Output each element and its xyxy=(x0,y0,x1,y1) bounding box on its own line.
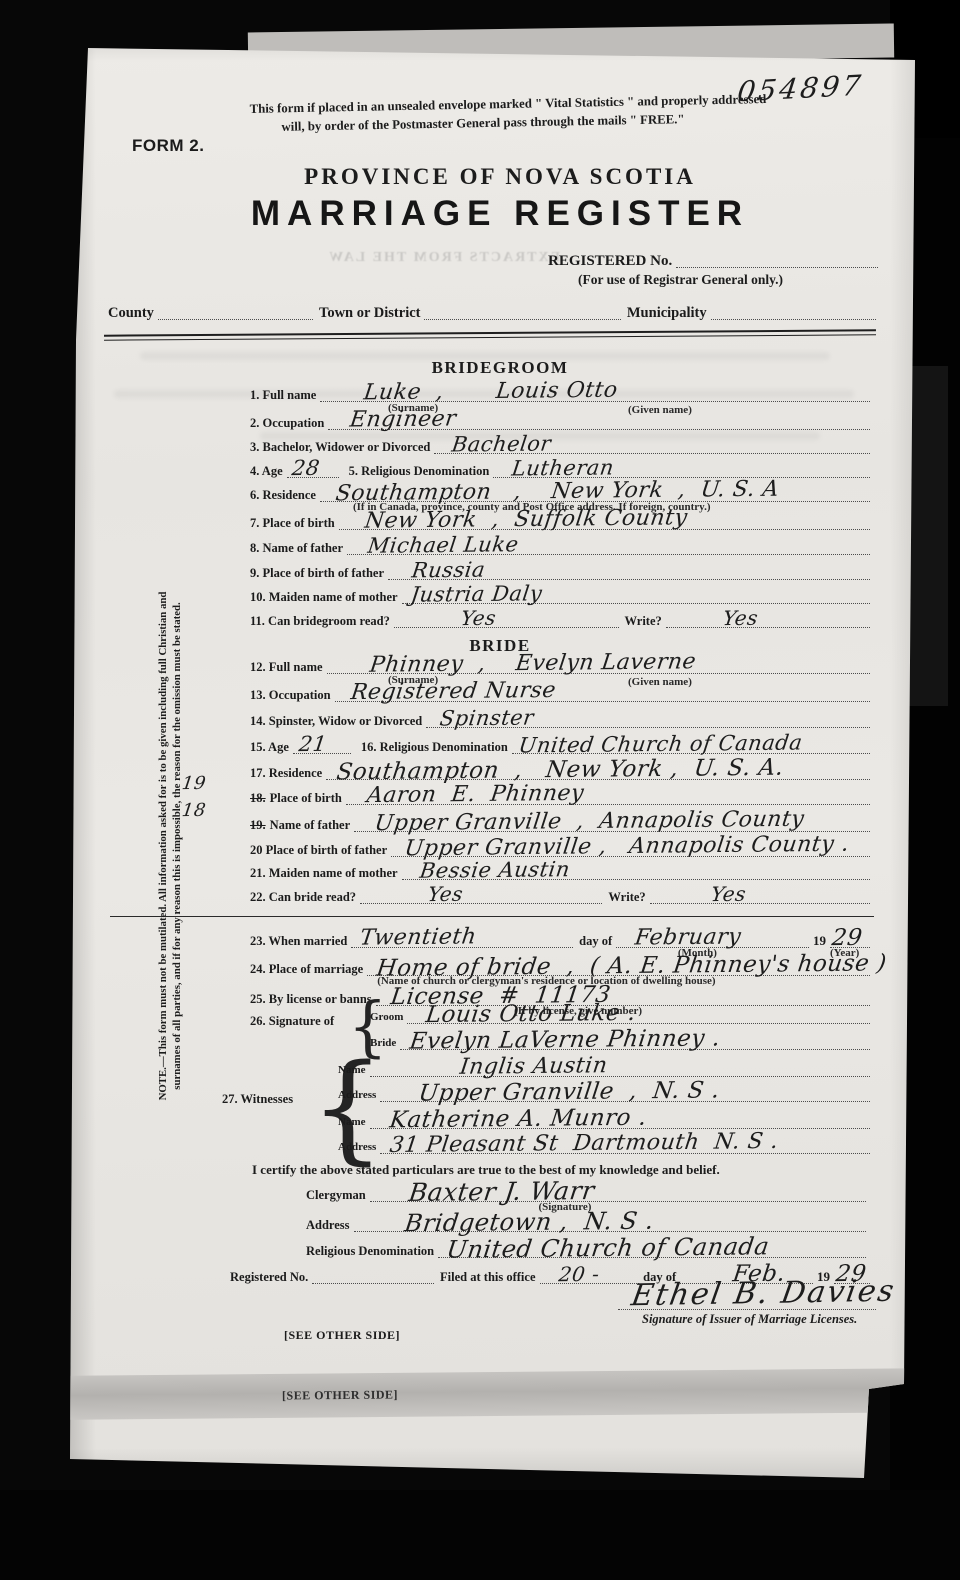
field-label: 17. Residence xyxy=(250,766,326,780)
field-value: Registered Nurse xyxy=(349,681,557,703)
field-bride-status: 14. Spinster, Widow or Divorced Spinster xyxy=(250,706,870,728)
field-line: 20 - xyxy=(540,1263,640,1284)
field-label: Address xyxy=(306,1218,354,1232)
witnesses-label: 27. Witnesses xyxy=(222,1092,293,1107)
field-value: Justria Daly xyxy=(410,583,544,604)
section-rule xyxy=(110,916,874,917)
field-label: Name xyxy=(338,1115,370,1129)
field-line: United Church of Canada xyxy=(438,1237,866,1258)
field-groom-father: 8. Name of father Michael Luke xyxy=(250,533,870,555)
field-groom-residence: 6. Residence Southampton , New York , U.… xyxy=(250,480,870,502)
field-line: Aaron E. Phinney xyxy=(346,784,870,805)
field-signature-bride: Bride Evelyn LaVerne Phinney . xyxy=(370,1028,870,1050)
field-line: Upper Granville , N. S . xyxy=(380,1081,870,1102)
county-line xyxy=(158,299,313,320)
margin-note-line1: NOTE.—This form must not be mutilated. A… xyxy=(157,516,171,1176)
field-label: Filed at this office xyxy=(434,1270,539,1284)
field-witness1-address: Address Upper Granville , N. S . xyxy=(338,1080,870,1102)
field-groom-mother: 10. Maiden name of mother Justria Daly xyxy=(250,582,870,604)
field-value: Yes xyxy=(710,884,748,904)
field-signature-groom: Groom Louis Otto Luke . xyxy=(370,1002,870,1024)
certify-statement: I certify the above stated particulars a… xyxy=(252,1162,720,1178)
field-number-struck: 19. xyxy=(250,818,270,832)
field-line: Katherine A. Munro . xyxy=(370,1108,871,1129)
field-line: Bachelor xyxy=(434,433,870,454)
field-label: 7. Place of birth xyxy=(250,516,339,530)
field-groom-full-name: 1. Full name Luke , Louis Otto xyxy=(250,380,870,402)
field-place-of-marriage: 24. Place of marriage Home of bride , ( … xyxy=(250,954,870,976)
margin-note: NOTE.—This form must not be mutilated. A… xyxy=(157,516,187,1176)
issuer-line xyxy=(618,1308,876,1310)
field-label: 10. Maiden name of mother xyxy=(250,590,402,604)
field-value: New York , Suffolk County xyxy=(364,508,689,531)
field-line: Baxter J. Warr (Signature) xyxy=(370,1181,866,1202)
field-line: Spinster xyxy=(426,707,870,728)
margin-note-line2: surnames of all parties, and if for any … xyxy=(171,516,185,1176)
field-bride-age-religion: 15. Age 21 16. Religious Denomination Un… xyxy=(250,732,870,754)
bleedthrough-text: EXTRACTS FROM THE LAW xyxy=(260,250,560,266)
field-value: Bessie Austin xyxy=(419,859,572,881)
field-value: February xyxy=(634,927,743,948)
field-value: Louis Otto Luke . xyxy=(424,1003,637,1025)
see-other-side: [SEE OTHER SIDE] xyxy=(282,1387,398,1403)
town-line xyxy=(424,299,620,320)
field-line: Evelyn LaVerne Phinney . xyxy=(400,1029,870,1050)
field-groom-status: 3. Bachelor, Widower or Divorced Bachelo… xyxy=(250,432,870,454)
field-value: Spinster xyxy=(438,708,534,729)
field-line: Yes xyxy=(360,883,602,904)
field-label: 21. Maiden name of mother xyxy=(250,866,402,880)
location-row: County Town or District Municipality xyxy=(108,298,876,320)
field-line: 21 xyxy=(293,733,351,754)
field-line: 29 (Year) xyxy=(830,927,870,948)
field-value: United Church of Canada xyxy=(445,1236,770,1259)
field-witness1-name: Name Inglis Austin xyxy=(338,1055,870,1077)
field-line: 28 xyxy=(287,457,339,478)
field-line: Twentieth xyxy=(351,927,573,948)
field-line: February (Month) xyxy=(616,927,809,948)
field-value: Baxter J. Warr xyxy=(408,1181,596,1203)
see-other-side: [SEE OTHER SIDE] xyxy=(284,1328,400,1343)
town-label: Town or District xyxy=(313,306,425,320)
field-witness2-address: Address 31 Pleasant St Dartmouth N. S . xyxy=(338,1132,870,1154)
registered-no-line xyxy=(676,247,878,268)
field-groom-birthplace: 7. Place of birth New York , Suffolk Cou… xyxy=(250,508,870,530)
field-line: Yes xyxy=(666,607,870,628)
field-value: 28 xyxy=(291,458,321,478)
field-label: 4. Age xyxy=(250,464,287,478)
field-value: Inglis Austin xyxy=(458,1056,608,1078)
form-number: FORM 2. xyxy=(132,136,204,156)
field-line: Luke , Louis Otto xyxy=(320,381,870,402)
field-label: day of xyxy=(573,934,616,948)
field-line: Southampton , New York , U. S. A (If in … xyxy=(320,481,870,502)
field-bride-residence: 17. Residence Southampton , New York , U… xyxy=(250,758,870,780)
field-bride-literacy: 22. Can bride read? Yes Write? Yes xyxy=(250,882,870,904)
field-groom-occupation: 2. Occupation Engineer xyxy=(250,408,870,430)
field-label: 8. Name of father xyxy=(250,541,347,555)
field-line: Engineer xyxy=(328,409,870,430)
municipality-line xyxy=(711,299,876,320)
field-label: Write? xyxy=(619,614,666,628)
field-bride-full-name: 12. Full name Phinney , Evelyn Laverne xyxy=(250,652,870,674)
field-label: Address xyxy=(338,1140,380,1154)
field-groom-age-religion: 4. Age 28 5. Religious Denomination Luth… xyxy=(250,456,870,478)
province-heading: PROVINCE OF NOVA SCOTIA xyxy=(230,164,770,190)
field-groom-father-birthplace: 9. Place of birth of father Russia xyxy=(250,558,870,580)
field-line: Michael Luke xyxy=(347,534,870,555)
field-line: Southampton , New York , U. S. A. xyxy=(326,759,870,780)
field-value: Russia xyxy=(411,560,487,581)
field-label: Place of birth xyxy=(270,791,346,805)
registered-no-row: REGISTERED No. xyxy=(548,246,878,268)
field-bride-mother: 21. Maiden name of mother Bessie Austin xyxy=(250,858,870,880)
field-value: Yes xyxy=(427,884,465,904)
field-witness2-name: Name Katherine A. Munro . xyxy=(338,1107,870,1129)
field-line: Inglis Austin xyxy=(370,1056,871,1077)
field-bride-father-birthplace: 20 Place of birth of father Upper Granvi… xyxy=(250,835,870,857)
year-printed: 19 xyxy=(809,934,830,948)
field-label: 11. Can bridegroom read? xyxy=(250,614,394,628)
field-value: Lutheran xyxy=(511,457,616,478)
field-line: Phinney , Evelyn Laverne xyxy=(327,653,870,674)
field-value: Evelyn LaVerne Phinney . xyxy=(408,1028,721,1051)
field-when-married: 23. When married Twentieth day of Februa… xyxy=(250,926,870,948)
field-label: 16. Religious Denomination xyxy=(351,740,512,754)
field-label: Registered No. xyxy=(230,1270,312,1284)
field-label: 3. Bachelor, Widower or Divorced xyxy=(250,440,434,454)
field-label: Name of father xyxy=(270,818,355,832)
signature-of-label: 26. Signature of xyxy=(250,1014,334,1029)
field-line: Bridgetown , N. S . xyxy=(354,1211,866,1232)
field-label: 13. Occupation xyxy=(250,688,335,702)
field-label: 1. Full name xyxy=(250,388,320,402)
field-label: 6. Residence xyxy=(250,488,320,502)
field-value: Yes xyxy=(460,608,498,628)
field-bride-occupation: 13. Occupation Registered Nurse xyxy=(250,680,870,702)
field-line: Registered Nurse xyxy=(335,681,870,702)
field-value: Bridgetown , N. S . xyxy=(403,1211,655,1234)
field-value: Southampton , New York , U. S. A. xyxy=(335,758,785,783)
field-value: 21 xyxy=(297,734,327,754)
field-label: 23. When married xyxy=(250,934,351,948)
field-line: Russia xyxy=(388,559,870,580)
field-line: Upper Granville , Annapolis County . xyxy=(391,836,870,857)
field-label: Name xyxy=(338,1063,370,1077)
field-label: 5. Religious Denomination xyxy=(339,464,494,478)
marriage-register-page: 054897 This form if placed in an unseale… xyxy=(70,40,920,1488)
field-clergyman-denomination: Religious Denomination United Church of … xyxy=(306,1236,866,1258)
field-line: 31 Pleasant St Dartmouth N. S . xyxy=(380,1133,870,1154)
field-value: 29 xyxy=(831,928,864,948)
background-bottom xyxy=(0,1490,960,1580)
field-label: Clergyman xyxy=(306,1188,370,1202)
page-title: MARRIAGE REGISTER xyxy=(190,194,810,234)
field-line: Justria Daly xyxy=(402,583,870,604)
field-clergyman-address: Address Bridgetown , N. S . xyxy=(306,1210,866,1232)
field-value: Katherine A. Munro . xyxy=(388,1108,647,1131)
double-rule xyxy=(104,329,876,340)
field-value: Engineer xyxy=(349,409,458,430)
field-value: 20 - xyxy=(558,1264,601,1284)
issuer-label: Signature of Issuer of Marriage Licenses… xyxy=(642,1312,857,1327)
field-clergyman: Clergyman Baxter J. Warr (Signature) xyxy=(306,1180,866,1202)
field-label: 20 Place of birth of father xyxy=(250,843,391,857)
field-line: Lutheran xyxy=(493,457,870,478)
field-label: 2. Occupation xyxy=(250,416,328,430)
field-line: Yes xyxy=(650,883,870,904)
field-line: Upper Granville , Annapolis County xyxy=(354,811,870,832)
field-number-struck: 18. xyxy=(250,791,270,805)
field-value: Upper Granville , N. S . xyxy=(418,1080,722,1103)
field-label: Address xyxy=(338,1088,380,1102)
field-line: Louis Otto Luke . xyxy=(407,1003,870,1024)
field-value: Twentieth xyxy=(359,927,478,948)
field-line: United Church of Canada xyxy=(512,733,870,754)
field-value: Yes xyxy=(722,608,760,628)
field-line: Home of bride , ( A. E. Phinney's house … xyxy=(367,955,870,976)
field-label: 22. Can bride read? xyxy=(250,890,360,904)
page-fold-band xyxy=(70,1368,920,1419)
field-label: 24. Place of marriage xyxy=(250,962,367,976)
field-value: Michael Luke xyxy=(367,534,520,556)
field-bride-birthplace: 18. Place of birth Aaron E. Phinney xyxy=(250,783,870,805)
field-value: Upper Granville , Annapolis County xyxy=(373,810,805,834)
field-label: Religious Denomination xyxy=(306,1244,438,1258)
field-value: Luke , Louis Otto xyxy=(363,381,619,404)
field-label: 14. Spinster, Widow or Divorced xyxy=(250,714,426,728)
field-label: 12. Full name xyxy=(250,660,327,674)
field-value: 31 Pleasant St Dartmouth N. S . xyxy=(389,1132,780,1156)
field-line: Yes xyxy=(394,607,619,628)
field-value: United Church of Canada xyxy=(517,733,803,756)
county-label: County xyxy=(108,306,158,320)
registered-no-label: REGISTERED No. xyxy=(548,254,676,268)
field-label: Write? xyxy=(602,890,649,904)
field-label: 9. Place of birth of father xyxy=(250,566,388,580)
municipality-label: Municipality xyxy=(621,306,711,320)
field-line xyxy=(312,1263,434,1284)
field-line: New York , Suffolk County xyxy=(339,509,870,530)
field-value: Aaron E. Phinney xyxy=(365,784,585,806)
bridegroom-heading: BRIDEGROOM xyxy=(250,358,750,378)
field-value: Phinney , Evelyn Laverne xyxy=(369,652,698,675)
field-label: 15. Age xyxy=(250,740,293,754)
field-value: Upper Granville , Annapolis County . xyxy=(404,835,851,860)
field-groom-literacy: 11. Can bridegroom read? Yes Write? Yes xyxy=(250,606,870,628)
field-value: Bachelor xyxy=(450,433,552,454)
field-line: Bessie Austin xyxy=(402,859,870,880)
registrar-only-note: (For use of Registrar General only.) xyxy=(578,272,783,288)
field-bride-father: 19. Name of father Upper Granville , Ann… xyxy=(250,810,870,832)
field-label: Groom xyxy=(370,1010,407,1024)
